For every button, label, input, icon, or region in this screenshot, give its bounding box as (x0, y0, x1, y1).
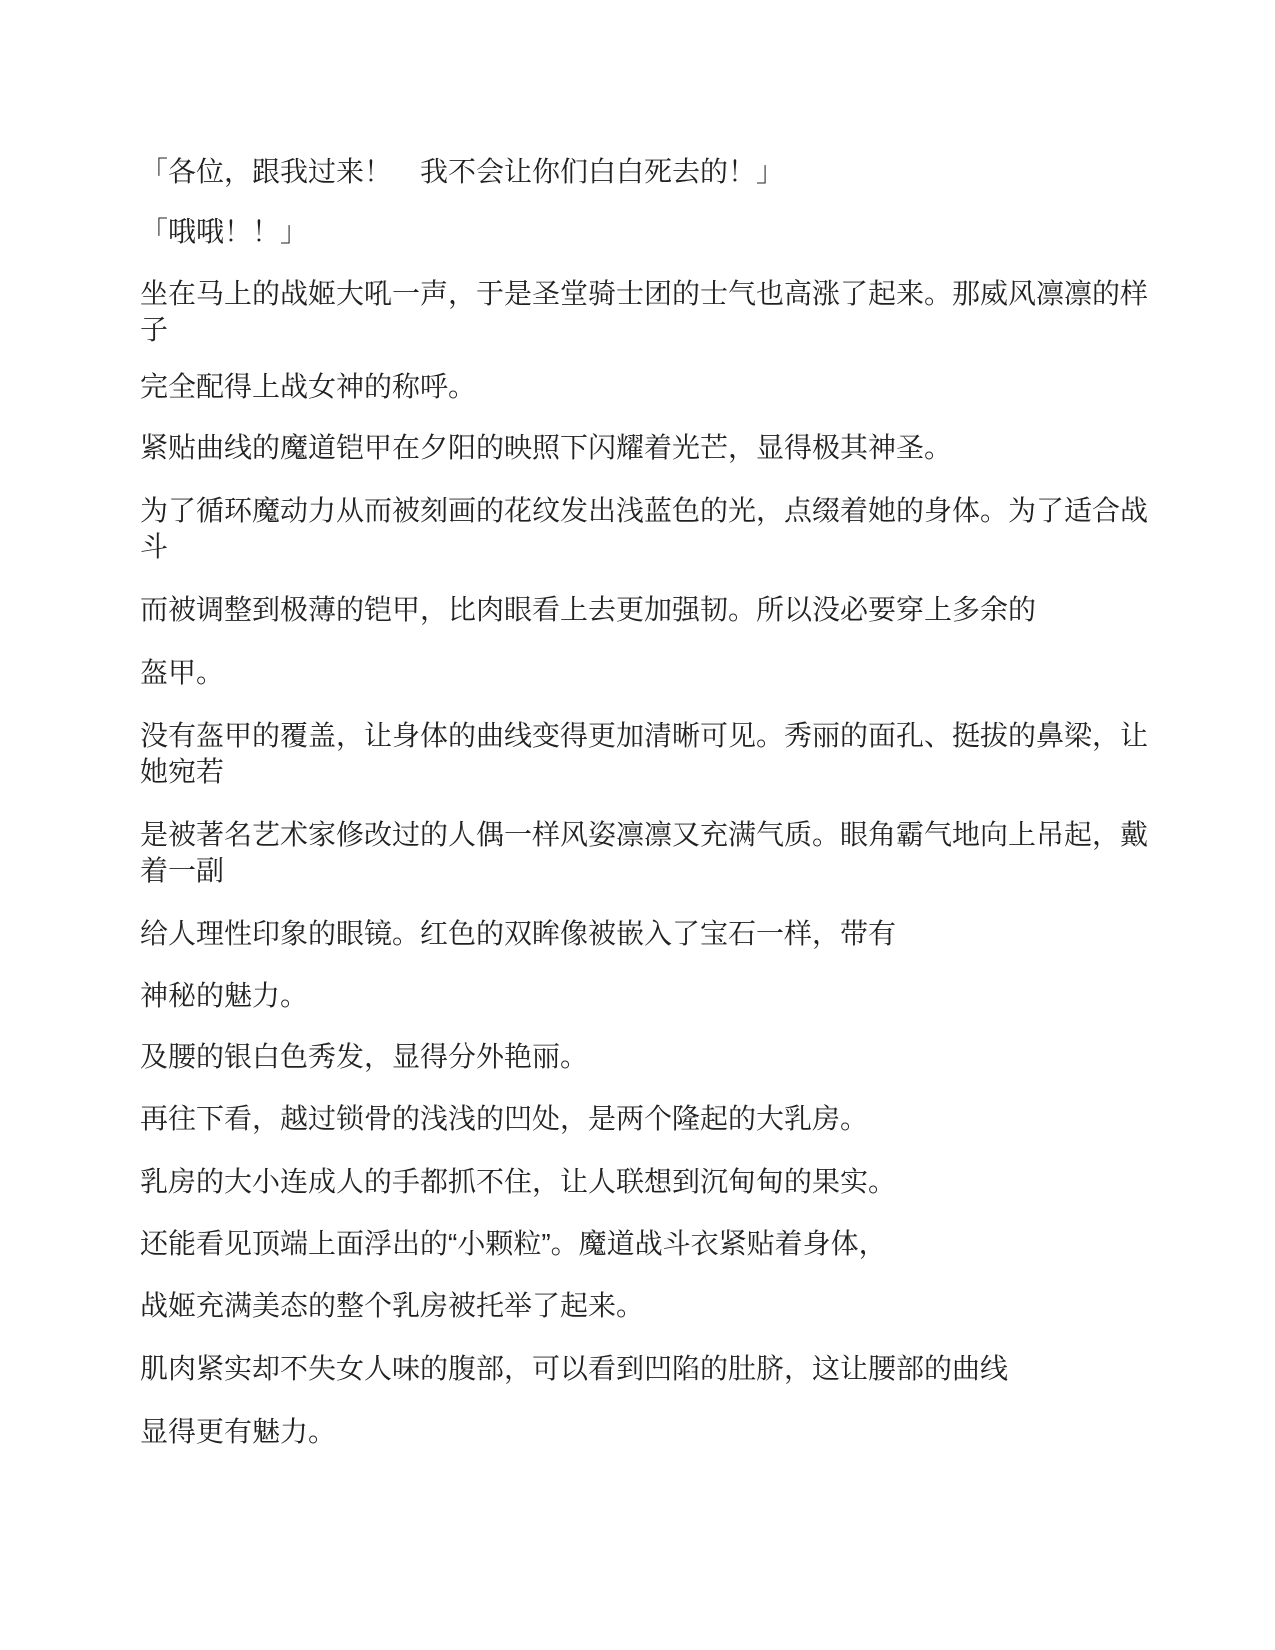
text-line: 乳房的大小连成人的手都抓不住，让人联想到沉甸甸的果实。 (140, 1164, 1140, 1200)
text-line: 显得更有魅力。 (140, 1414, 1140, 1450)
text-line: 再往下看，越过锁骨的浅浅的凹处，是两个隆起的大乳房。 (140, 1101, 1140, 1137)
text-line: 斗 (140, 529, 1140, 565)
text-line: 没有盔甲的覆盖，让身体的曲线变得更加清晰可见。秀丽的面孔、挺拔的鼻梁，让 (140, 718, 1140, 754)
text-line: 还能看见顶端上面浮出的“小颗粒”。魔道战斗衣紧贴着身体， (140, 1226, 1140, 1262)
text-line: 紧贴曲线的魔道铠甲在夕阳的映照下闪耀着光芒，显得极其神圣。 (140, 430, 1140, 466)
text-line: 战姬充满美态的整个乳房被托举了起来。 (140, 1288, 1140, 1324)
text-line: 而被调整到极薄的铠甲，比肉眼看上去更加强韧。所以没必要穿上多余的 (140, 592, 1140, 628)
text-line: 盔甲。 (140, 655, 1140, 691)
text-line: 坐在马上的战姬大吼一声，于是圣堂骑士团的士气也高涨了起来。那威风凛凛的样 (140, 276, 1140, 312)
text-line: 为了循环魔动力从而被刻画的花纹发出浅蓝色的光，点缀着她的身体。为了适合战 (140, 493, 1140, 529)
document-page: 「各位，跟我过来！ 我不会让你们白白死去的！」 「哦哦！！」 坐在马上的战姬大吼… (0, 0, 1275, 1650)
text-line: 神秘的魅力。 (140, 978, 1140, 1014)
text-line: 子 (140, 312, 1140, 348)
text-line: 是被著名艺术家修改过的人偶一样风姿凛凛又充满气质。眼角霸气地向上吊起，戴 (140, 817, 1140, 853)
text-line: 完全配得上战女神的称呼。 (140, 369, 1140, 405)
text-line: 她宛若 (140, 754, 1140, 790)
text-line: 给人理性印象的眼镜。红色的双眸像被嵌入了宝石一样，带有 (140, 916, 1140, 952)
text-line: 及腰的银白色秀发，显得分外艳丽。 (140, 1039, 1140, 1075)
text-line: 肌肉紧实却不失女人味的腹部，可以看到凹陷的肚脐，这让腰部的曲线 (140, 1351, 1140, 1387)
text-line: 「各位，跟我过来！ 我不会让你们白白死去的！」 (140, 154, 1140, 190)
text-line: 「哦哦！！」 (140, 214, 1140, 250)
text-line: 着一副 (140, 853, 1140, 889)
